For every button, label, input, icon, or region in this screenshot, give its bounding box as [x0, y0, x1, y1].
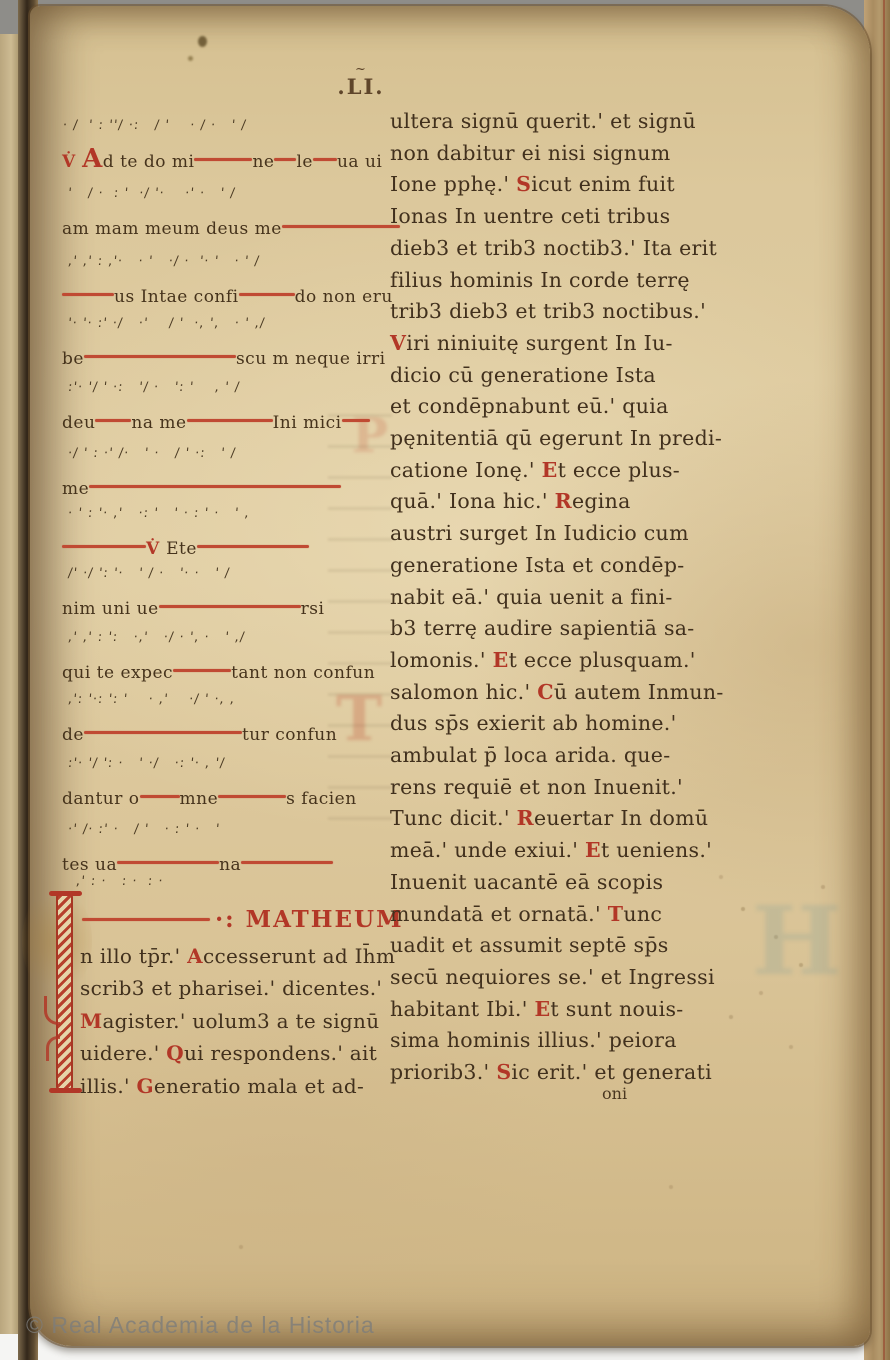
text-run: uadit et assumit septē sp̄s [390, 933, 669, 957]
text-run: scu m neque irri [236, 349, 386, 369]
rubric-letter: V [390, 331, 406, 355]
rubric-letter: E [534, 997, 550, 1021]
text-run: pęnitentiā qū egerunt In predi- [390, 426, 722, 450]
text-run: ne [252, 152, 274, 172]
rubric-letter: V̇ [146, 539, 166, 559]
text-line: salomon hic.' Cū autem Inmun- [390, 677, 730, 709]
text-line: rens requiē et non Inuenit.' [390, 772, 730, 804]
text-run: et condēpnabunt eū.' quia [390, 394, 669, 418]
chant-system: :'· '/ ': · ' ·/ ·: '· , '/dantur omnes … [62, 756, 384, 810]
text-run: qui te expec [62, 663, 173, 683]
neume-row: /' ·/ ': '· ' / · '· · ' / [60, 566, 385, 598]
neume-row: · ' : '· ,' ·: ' ' · : ' · ' , [60, 506, 385, 538]
text-run: catione Ionę.' [390, 458, 542, 482]
catchword: oni [602, 1084, 627, 1103]
neume-row: ·/ ' : ·' /· ' · / ' ·: ' / [60, 446, 385, 478]
chant-system: · ' : '· ,' ·: ' ' · : ' · ' ,V̇ Ete [62, 506, 384, 560]
text-run: dantur o [62, 789, 140, 809]
rubric-letter: E [542, 458, 558, 482]
rubric-letter: G [136, 1074, 153, 1098]
text-run: t ecce plus- [558, 458, 680, 482]
text-run: rsi [301, 599, 325, 619]
chant-text-line: dantur omnes facien [62, 788, 384, 810]
neume-row: :'· '/ ': · ' ·/ ·: '· , '/ [60, 756, 385, 788]
rubric-letter: C [537, 680, 554, 704]
chant-column: · / ' : ''/ ·: / ' · / · ' /V̇ Ad te do … [62, 6, 384, 906]
melisma-rule [194, 158, 252, 161]
neume-row: ,': '·: ': ' · ,' ·/ ' ·, , [60, 692, 385, 724]
chant-text-line: bescu m neque irri [62, 348, 384, 370]
chant-system: ,' ,' : ,'· · ' ·/ · '· ' · ' /us Intae … [62, 254, 384, 308]
text-run: eneratio mala et ad- [154, 1074, 364, 1098]
text-run: s facien [286, 789, 357, 809]
text-line: non dabitur ei nisi signum [390, 138, 730, 170]
chant-system: ·/ ' : ·' /· ' · / ' ·: ' /me [62, 446, 384, 500]
rubric-heading-sep: ·: [215, 906, 246, 933]
text-run: ū autem Inmun- [554, 680, 724, 704]
rubric-letter: S [496, 1060, 511, 1084]
text-line: priorib3.' Sic erit.' et generati [390, 1057, 730, 1089]
text-run: mne [180, 789, 219, 809]
text-line: uidere.' Qui respondens.' ait [80, 1037, 390, 1069]
text-line: Tunc dicit.' Reuertar In domū [390, 803, 730, 835]
text-run: na [219, 855, 241, 875]
facing-page-edge [0, 34, 20, 1334]
chant-system: ,': '·: ': ' · ,' ·/ ' ·, ,detur confun [62, 692, 384, 746]
text-run: meā.' unde exiui.' [390, 838, 585, 862]
text-run: unc [623, 902, 662, 926]
chant-text-line: me [62, 478, 384, 500]
rubric-letter: S [516, 172, 531, 196]
melisma-rule [140, 795, 180, 798]
neume-row-tail: ,' : · : · : · [68, 874, 164, 906]
text-run: rens requiē et non Inuenit.' [390, 775, 683, 799]
text-run: t sunt nouis- [550, 997, 683, 1021]
chant-text-line: tes uana [62, 854, 384, 876]
initial-flourish [46, 1036, 60, 1061]
text-run: Ete [166, 539, 197, 559]
neume-row: ' / · : ' ·/ '· ·' · ' / [60, 186, 385, 218]
manuscript-page: T P H ~ .LI. · / ' : ''/ ·: / ' · / · ' … [30, 6, 870, 1346]
melisma-rule [274, 158, 296, 161]
chant-system: /' ·/ ': '· ' / · '· · ' /nim uni uersi [62, 566, 384, 620]
chant-text-line: qui te expectant non confun [62, 662, 384, 684]
text-run: am mam meum deus me [62, 219, 282, 239]
rubric-letter: Q [166, 1041, 184, 1065]
chant-text-line: V̇ Ete [62, 538, 384, 560]
text-run: nabit eā.' quia uenit a fini- [390, 585, 673, 609]
text-line: n illo tp̄r.' Accesserunt ad Ih̄m [80, 940, 390, 972]
text-run: mundatā et ornatā.' [390, 902, 608, 926]
manuscript-photo: { "folio": { "mark": "~", "number": ".LI… [0, 0, 890, 1360]
text-run: austri surget In Iudicio cum [390, 521, 689, 545]
rubric-letter: V̇ [62, 152, 82, 172]
text-run: Ione pphę.' [390, 172, 516, 196]
text-run: secū nequiores se.' et Ingressi [390, 965, 715, 989]
text-run: icut enim fuit [531, 172, 675, 196]
text-line: Magister.' uolum3 a te signū [80, 1005, 390, 1037]
melisma-rule [218, 795, 286, 798]
text-line: Inuenit uacantē eā scopis [390, 867, 730, 899]
text-run: Ionas In uentre ceti tribus [390, 204, 670, 228]
chant-text-line: am mam meum deus me [62, 218, 384, 240]
chant-system: ' / · : ' ·/ '· ·' · ' /am mam meum deus… [62, 186, 384, 240]
text-line: Ionas In uentre ceti tribus [390, 201, 730, 233]
chant-system: :'· '/ ' ·: '/ · ': ' , ' /deuna meIni m… [62, 380, 384, 434]
right-text-column: ultera signū querit.' et signūnon dabitu… [390, 106, 730, 1089]
text-run: iri niniuitę surgent In Iu- [406, 331, 672, 355]
text-run: dus sp̄s exierit ab homine.' [390, 711, 677, 735]
text-line: et condēpnabunt eū.' quia [390, 391, 730, 423]
rubric-heading: ·: MATHEUM [82, 906, 404, 933]
gospel-incipit-text: n illo tp̄r.' Accesserunt ad Ih̄mscrib3 … [80, 940, 390, 1102]
fore-edge-red-line [883, 0, 885, 1360]
text-line: lomonis.' Et ecce plusquam.' [390, 645, 730, 677]
rubric-letter: E [493, 648, 509, 672]
melisma-rule [84, 731, 242, 734]
text-run: ui respondens.' ait [184, 1041, 377, 1065]
text-run: sima hominis illius.' peiora [390, 1028, 677, 1052]
text-line: ambulat p̄ loca arida. que- [390, 740, 730, 772]
text-run: us Intae confi [114, 287, 239, 307]
text-run: agister.' uolum3 a te signū [102, 1009, 379, 1033]
text-run: ccesserunt ad Ih̄m [203, 944, 395, 968]
chant-text-line: us Intae confido non eru [62, 286, 384, 308]
neume-row: '· '· :' ·/ ·' / ' ·, ', · ' ,/ [60, 316, 385, 348]
melisma-rule [95, 419, 131, 422]
text-run: n illo tp̄r.' [80, 944, 187, 968]
text-line: dus sp̄s exierit ab homine.' [390, 708, 730, 740]
text-run: filius hominis In corde terrę [390, 268, 690, 292]
library-watermark: © Real Academia de la Historia [26, 1312, 375, 1339]
rubric-letter: R [555, 489, 572, 513]
text-line: meā.' unde exiui.' Et ueniens.' [390, 835, 730, 867]
text-run: tes ua [62, 855, 117, 875]
text-line: scrib3 et pharisei.' dicentes.' [80, 972, 390, 1004]
text-line: dicio cū generatione Ista [390, 360, 730, 392]
rubric-heading-text: MATHEUM [246, 906, 404, 933]
text-line: b3 terrę audire sapientiā sa- [390, 613, 730, 645]
text-run: me [62, 479, 89, 499]
chant-system: ,' ,' : ': ·,' ·/ · ', · ' ,/qui te expe… [62, 630, 384, 684]
melisma-rule [173, 669, 231, 672]
text-run: salomon hic.' [390, 680, 537, 704]
text-run: na me [131, 413, 186, 433]
chant-system: ·' /· :' · / ' · : ' · 'tes uana [62, 822, 384, 876]
initial-flourish [44, 996, 60, 1025]
text-line: dieb3 et trib3 noctib3.' Ita erit [390, 233, 730, 265]
text-run: ambulat p̄ loca arida. que- [390, 743, 670, 767]
text-run: scrib3 et pharisei.' dicentes.' [80, 976, 382, 1000]
text-run: egina [572, 489, 631, 513]
rubric-letter: E [585, 838, 601, 862]
decorated-initial-i [56, 894, 73, 1090]
text-run: Tunc dicit.' [390, 806, 517, 830]
text-run: quā.' Iona hic.' [390, 489, 555, 513]
melisma-rule [62, 545, 146, 548]
text-line: Viri niniuitę surgent In Iu- [390, 328, 730, 360]
text-run: tant non confun [231, 663, 375, 683]
text-line: austri surget In Iudicio cum [390, 518, 730, 550]
text-run: de [62, 725, 84, 745]
neume-row: ,' ,' : ,'· · ' ·/ · '· ' · ' / [60, 254, 385, 286]
melisma-rule [117, 861, 219, 864]
rubric-letter: T [608, 902, 624, 926]
neume-row: :'· '/ ' ·: '/ · ': ' , ' / [60, 380, 385, 412]
text-line: uadit et assumit septē sp̄s [390, 930, 730, 962]
chant-system: · / ' : ''/ ·: / ' · / · ' /V̇ Ad te do … [62, 118, 384, 173]
melisma-rule [89, 485, 341, 488]
text-line: pęnitentiā qū egerunt In predi- [390, 423, 730, 455]
text-run: be [62, 349, 84, 369]
melisma-rule [239, 293, 295, 296]
show-through-initial-h: H [752, 886, 842, 997]
neume-row: · / ' : ''/ ·: / ' · / · ' / [60, 118, 385, 150]
melisma-rule [84, 355, 236, 358]
rubric-letter: A [187, 944, 203, 968]
rubric-rule [82, 918, 210, 921]
chant-text-line: deuna meIni mici [62, 412, 384, 434]
text-run: trib3 dieb3 et trib3 noctibus.' [390, 299, 706, 323]
text-run: dieb3 et trib3 noctib3.' Ita erit [390, 236, 717, 260]
melisma-rule [62, 293, 114, 296]
melisma-rule [197, 545, 309, 548]
text-run: ic erit.' et generati [511, 1060, 712, 1084]
text-run: tur confun [242, 725, 337, 745]
melisma-rule [313, 158, 337, 161]
text-line: filius hominis In corde terrę [390, 265, 730, 297]
text-line: mundatā et ornatā.' Tunc [390, 899, 730, 931]
melisma-rule [159, 605, 301, 608]
text-run: d te do mi [103, 152, 195, 172]
neume-row: ·' /· :' · / ' · : ' · ' [60, 822, 385, 854]
melisma-rule [282, 225, 400, 228]
text-run: uidere.' [80, 1041, 166, 1065]
text-run: b3 terrę audire sapientiā sa- [390, 616, 695, 640]
text-run: habitant Ibi.' [390, 997, 534, 1021]
text-line: Ione pphę.' Sicut enim fuit [390, 169, 730, 201]
melisma-rule [187, 419, 273, 422]
text-line: illis.' Generatio mala et ad- [80, 1070, 390, 1102]
text-run: euertar In domū [534, 806, 708, 830]
text-run: ultera signū querit.' et signū [390, 109, 696, 133]
text-run: le [296, 152, 313, 172]
text-line: catione Ionę.' Et ecce plus- [390, 455, 730, 487]
text-line: secū nequiores se.' et Ingressi [390, 962, 730, 994]
parchment-speckles [30, 6, 32, 8]
text-line: habitant Ibi.' Et sunt nouis- [390, 994, 730, 1026]
chant-system: '· '· :' ·/ ·' / ' ·, ', · ' ,/bescu m n… [62, 316, 384, 370]
text-line: nabit eā.' quia uenit a fini- [390, 582, 730, 614]
text-run: t ecce plusquam.' [509, 648, 696, 672]
text-run: non dabitur ei nisi signum [390, 141, 670, 165]
text-run: generatione Ista et condēp- [390, 553, 685, 577]
text-run: Ini mici [273, 413, 342, 433]
melisma-rule [241, 861, 333, 864]
text-run: do non eru [295, 287, 393, 307]
text-line: generatione Ista et condēp- [390, 550, 730, 582]
chant-text-line: V̇ Ad te do mineleua ui [62, 150, 384, 173]
chant-text-line: detur confun [62, 724, 384, 746]
rubric-letter: M [80, 1009, 102, 1033]
text-run: priorib3.' [390, 1060, 496, 1084]
text-run: Inuenit uacantē eā scopis [390, 870, 663, 894]
text-run: illis.' [80, 1074, 136, 1098]
text-run: deu [62, 413, 95, 433]
rubric-letter: R [517, 806, 534, 830]
text-line: quā.' Iona hic.' Regina [390, 486, 730, 518]
melisma-rule [342, 419, 370, 422]
text-run: nim uni ue [62, 599, 159, 619]
text-line: sima hominis illius.' peiora [390, 1025, 730, 1057]
text-run: ua ui [337, 152, 382, 172]
text-run: t ueniens.' [601, 838, 712, 862]
text-line: trib3 dieb3 et trib3 noctibus.' [390, 296, 730, 328]
text-run: dicio cū generatione Ista [390, 363, 656, 387]
chant-text-line: nim uni uersi [62, 598, 384, 620]
text-line: ultera signū querit.' et signū [390, 106, 730, 138]
neume-row: ,' ,' : ': ·,' ·/ · ', · ' ,/ [60, 630, 385, 662]
text-run: lomonis.' [390, 648, 493, 672]
